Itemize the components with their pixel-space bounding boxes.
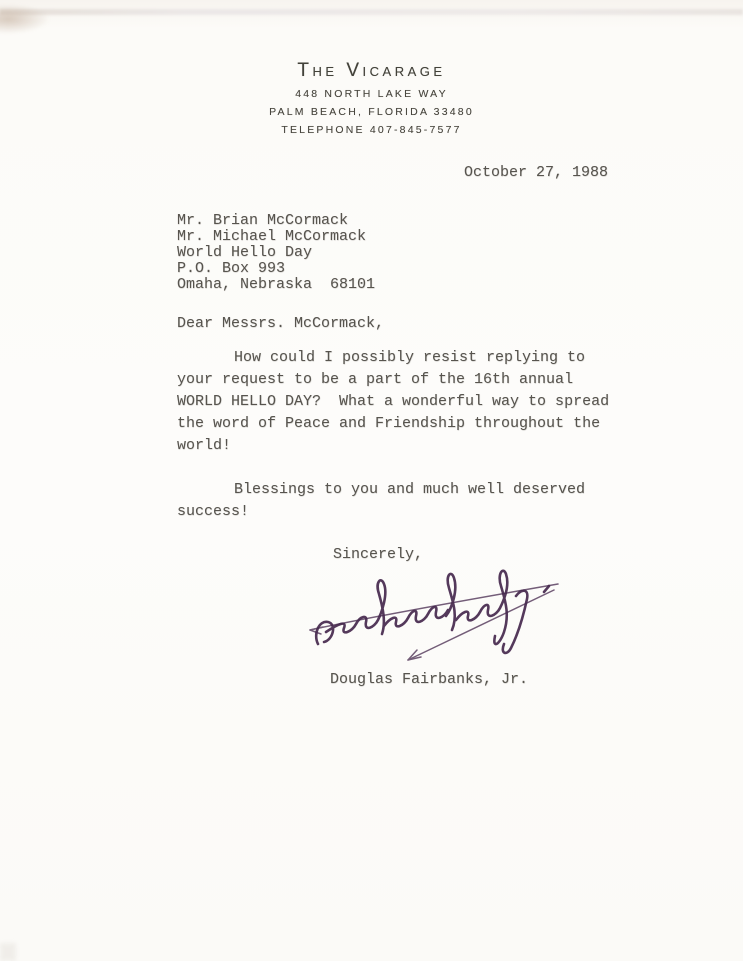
body-line: WORLD HELLO DAY? What a wonderful way to… (177, 391, 609, 413)
scan-artifact-bottom-patch (0, 943, 16, 961)
recipient-line-5: Omaha, Nebraska 68101 (177, 277, 375, 293)
signer-typed-name: Douglas Fairbanks, Jr. (330, 671, 528, 688)
recipient-line-1: Mr. Brian McCormack (177, 213, 375, 229)
body-paragraph-1: How could I possibly resist replying to … (177, 347, 609, 457)
signature (296, 564, 572, 672)
recipient-line-3: World Hello Day (177, 245, 375, 261)
salutation: Dear Messrs. McCormack, (177, 315, 384, 332)
scan-artifact-corner-smudge (0, 4, 50, 34)
letterhead-phone: TELEPHONE 407-845-7577 (0, 124, 743, 136)
body-line: world! (177, 435, 609, 457)
valediction: Sincerely, (333, 546, 423, 563)
body-line: success! (177, 501, 585, 523)
letterhead: The Vicarage 448 NORTH LAKE WAY PALM BEA… (0, 60, 743, 136)
body-line: the word of Peace and Friendship through… (177, 413, 609, 435)
body-paragraph-2: Blessings to you and much well deserved … (177, 479, 585, 523)
recipient-line-4: P.O. Box 993 (177, 261, 375, 277)
body-line: How could I possibly resist replying to (177, 347, 609, 369)
body-line: your request to be a part of the 16th an… (177, 369, 609, 391)
letterhead-name: The Vicarage (0, 60, 743, 82)
recipient-line-2: Mr. Michael McCormack (177, 229, 375, 245)
date-line: October 27, 1988 (464, 164, 608, 181)
recipient-address: Mr. Brian McCormack Mr. Michael McCormac… (177, 213, 375, 293)
signature-scrawl (316, 571, 549, 653)
letterhead-street: 448 NORTH LAKE WAY (0, 88, 743, 100)
scan-artifact-top-edge (0, 9, 743, 15)
letter-page: The Vicarage 448 NORTH LAKE WAY PALM BEA… (0, 0, 743, 961)
letterhead-city: PALM BEACH, FLORIDA 33480 (0, 106, 743, 118)
body-line: Blessings to you and much well deserved (177, 479, 585, 501)
